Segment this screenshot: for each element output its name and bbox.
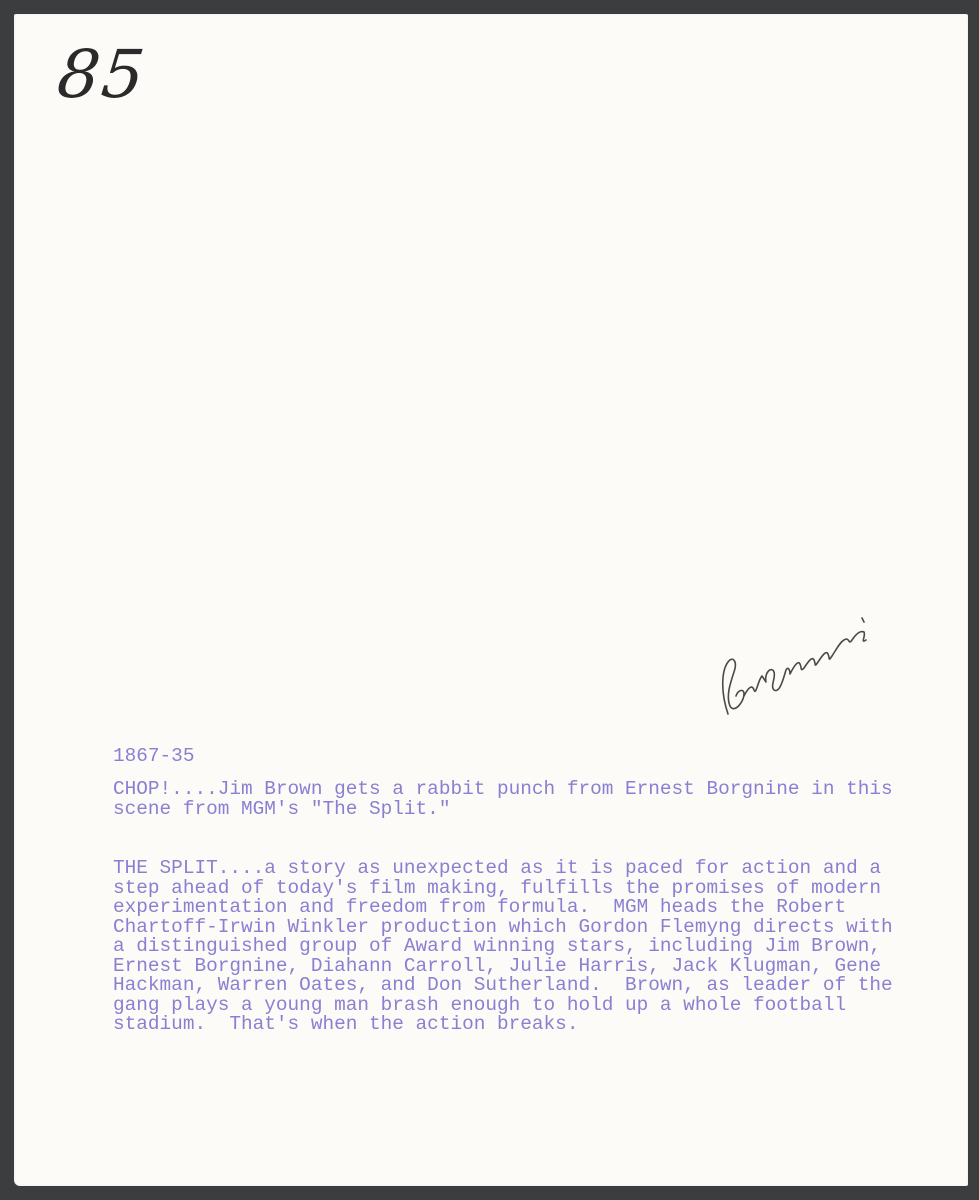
caption-line: scene from MGM's "The Split." <box>113 798 450 820</box>
signature-borgnine <box>714 610 884 730</box>
synopsis-line: stadium. That's when the action breaks. <box>113 1013 578 1035</box>
film-synopsis: THE SPLIT....a story as unexpected as it… <box>113 859 893 1035</box>
photo-back-paper: 85 1867-35 CHOP!....Jim Brown gets a rab… <box>14 14 968 1186</box>
photo-caption: CHOP!....Jim Brown gets a rabbit punch f… <box>113 780 893 819</box>
catalog-number: 1867-35 <box>113 747 194 767</box>
handwritten-number: 85 <box>54 36 150 113</box>
